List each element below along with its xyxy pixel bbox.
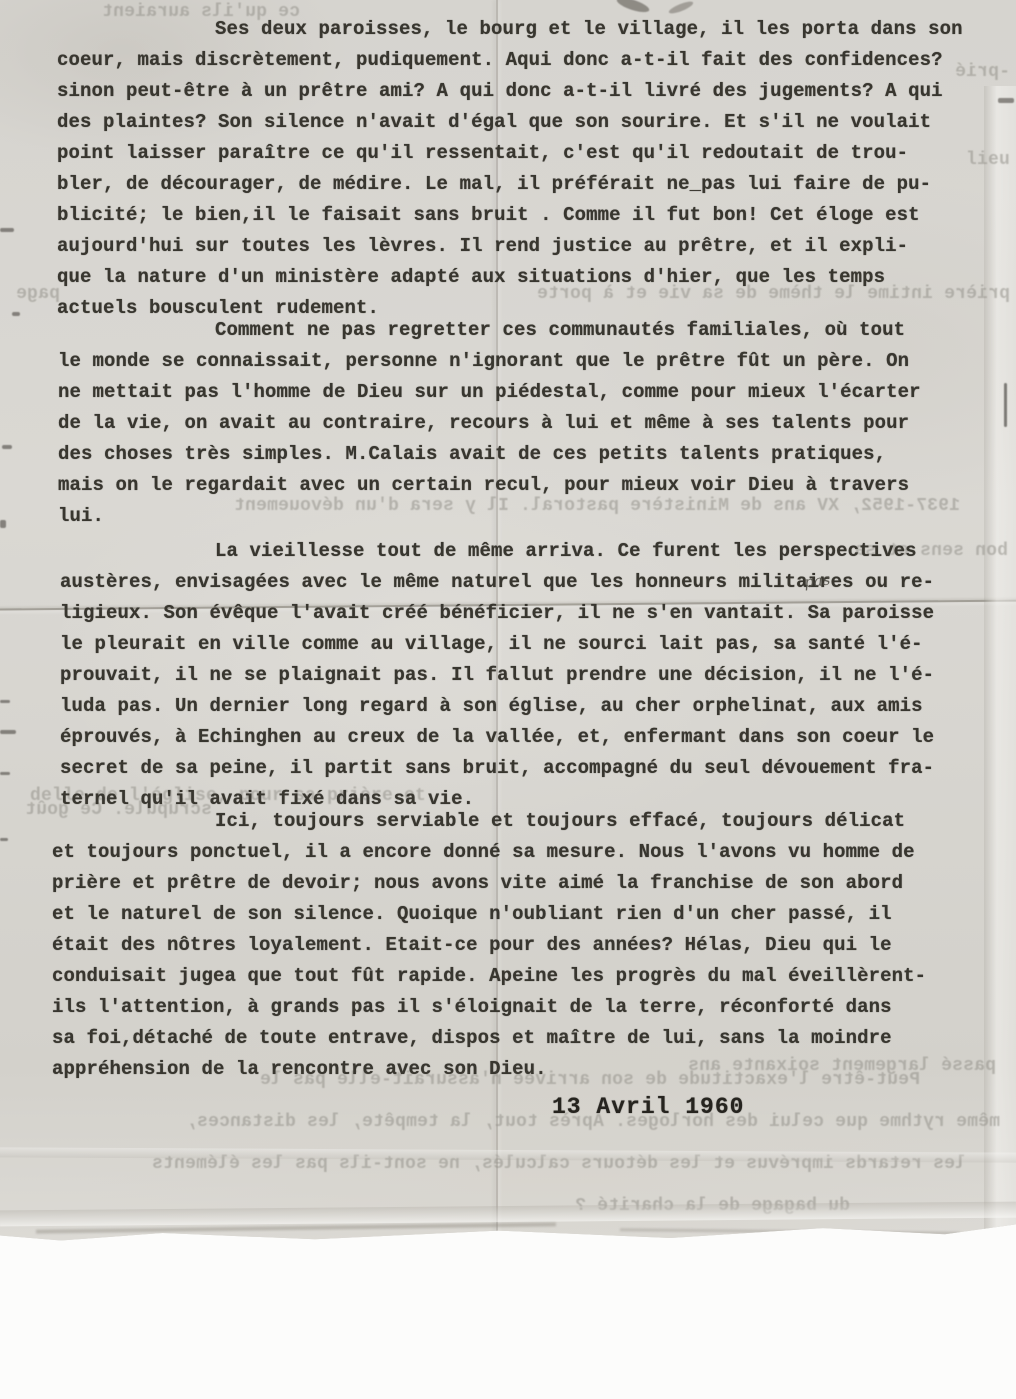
typed-line: prière et prêtre de devoir; nous avons v… <box>52 868 926 899</box>
typed-line: Ses deux paroisses, le bourg et le villa… <box>57 14 963 45</box>
typed-line: blicité; le bien,il le faisait sans brui… <box>57 200 963 231</box>
bleedthrough-text: page <box>2 284 60 304</box>
typed-line: de la vie, on avait au contraire, recour… <box>58 408 921 439</box>
typed-line: mais on le regardait avec un certain rec… <box>58 470 921 501</box>
typed-line: point laisser paraître ce qu'il ressenta… <box>57 138 963 169</box>
typed-line: sa foi,détaché de toute entrave, dispos … <box>52 1023 926 1054</box>
typed-line: sinon peut-être à un prêtre ami? A qui d… <box>57 76 963 107</box>
typed-line: appréhension de la rencontre avec son Di… <box>52 1054 926 1085</box>
margin-bleed-mark <box>0 838 8 841</box>
typed-line: ne mettait pas l'homme de Dieu sur un pi… <box>58 377 921 408</box>
typed-line: le monde se connaissait, personne n'igno… <box>58 346 921 377</box>
typed-line: et toujours ponctuel, il a encore donné … <box>52 837 926 868</box>
typed-line: luda pas. Un dernier long regard à son é… <box>60 691 934 722</box>
date-line: 13 Avril 1960 <box>552 1094 744 1120</box>
typed-line: Ici, toujours serviable et toujours effa… <box>52 806 926 837</box>
bleedthrough-text: lieu <box>966 150 1016 170</box>
paragraph-1: Ses deux paroisses, le bourg et le villa… <box>57 14 963 324</box>
typed-line: La vieillesse tout de même arriva. Ce fu… <box>60 536 934 567</box>
typed-line: des choses très simples. M.Calais avait … <box>58 439 921 470</box>
typed-line: coeur, mais discrètement, pudiquement. A… <box>57 45 963 76</box>
typed-line: bler, de décourager, de médire. Le mal, … <box>57 169 963 200</box>
bleedthrough-text: même rythme que celui des horloges. Aprè… <box>14 1112 1000 1132</box>
paper-sheet: ce qu'ils auraient -prié lieu page prièr… <box>0 0 1016 1243</box>
paper-wrinkle <box>620 1228 960 1235</box>
margin-bleed-mark <box>0 772 10 775</box>
typed-line: conduisait jugea que tout fût rapide. Ap… <box>52 961 926 992</box>
typed-line: prouvait, il ne se plaignait pas. Il fal… <box>60 660 934 691</box>
typed-line: que la nature d'un ministère adapté aux … <box>57 262 963 293</box>
paragraph-2: Comment ne pas regretter ces communautés… <box>58 315 921 532</box>
typed-line: lui. <box>58 501 921 532</box>
edge-bleed-mark <box>998 98 1014 103</box>
margin-bleed-mark <box>0 730 16 734</box>
typed-line: Comment ne pas regretter ces communautés… <box>58 315 921 346</box>
typed-line: aujourd'hui sur toutes les lèvres. Il re… <box>57 231 963 262</box>
margin-bleed-mark <box>0 520 6 528</box>
typed-line: secret de sa peine, il partit sans bruit… <box>60 753 934 784</box>
typed-line: des plaintes? Son silence n'avait d'égal… <box>57 107 963 138</box>
ink-smudge <box>615 0 650 15</box>
margin-bleed-mark <box>12 312 20 316</box>
margin-bleed-mark <box>2 445 12 449</box>
scanned-document-page: ce qu'ils auraient -prié lieu page prièr… <box>0 0 1016 1399</box>
typed-line: ligieux. Son évêque l'avait créé bénéfic… <box>60 598 934 629</box>
typed-line: et le naturel de son silence. Quoique n'… <box>52 899 926 930</box>
typed-line: éprouvés, à Echinghen au creux de la val… <box>60 722 934 753</box>
handwritten-insertion: pas <box>803 570 831 591</box>
margin-bleed-mark <box>0 700 10 703</box>
typed-line: était des nôtres loyalement. Etait-ce po… <box>52 930 926 961</box>
typed-line: austères, envisagées avec le même nature… <box>60 567 934 598</box>
margin-bleed-mark <box>0 228 14 232</box>
typed-line: ils l'attention, à grands pas il s'éloig… <box>52 992 926 1023</box>
typed-line: le pleurait en ville comme au village, i… <box>60 629 934 660</box>
paragraph-4: Ici, toujours serviable et toujours effa… <box>52 806 926 1085</box>
edge-artifact-line <box>1004 383 1007 427</box>
